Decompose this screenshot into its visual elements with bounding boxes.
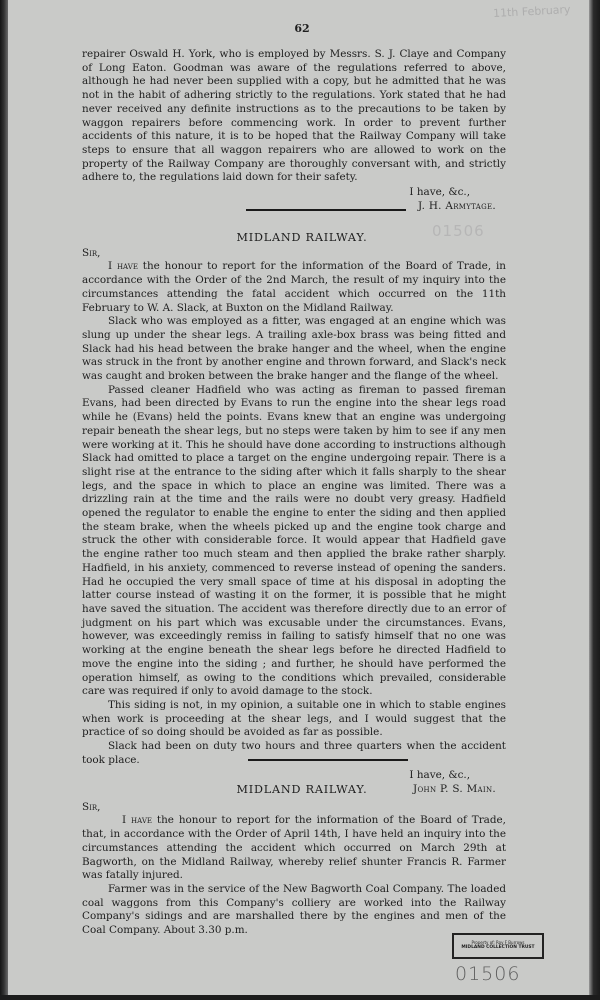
section-heading: MIDLAND RAILWAY. [82, 783, 522, 797]
paragraph: This siding is not, in my opinion, a sui… [82, 699, 506, 740]
section-divider [246, 209, 406, 211]
signoff: I have, &c., [82, 769, 506, 783]
paragraph: repairer Oswald H. York, who is employed… [82, 48, 506, 185]
section-heading: MIDLAND RAILWAY. [82, 231, 522, 245]
paragraph: Slack had been on duty two hours and thr… [82, 740, 506, 767]
paragraph: I have the honour to report for the info… [82, 260, 506, 315]
page-number: 62 [82, 22, 522, 36]
signature: J. H. Armytage. [82, 200, 506, 214]
salutation: Sir, [82, 247, 506, 261]
report-farmer-bagworth: MIDLAND RAILWAY. Sir, I have the honour … [82, 783, 506, 938]
page-edge-left [0, 0, 8, 1000]
page-edge-bottom [0, 995, 600, 1000]
paragraph: Slack who was employed as a fitter, was … [82, 315, 506, 384]
paragraph: I have the honour to report for the info… [82, 814, 506, 883]
collection-stamp: Property of: Roy F Burrows MIDLAND COLLE… [452, 933, 544, 959]
page-edge-right [589, 0, 600, 1000]
handwritten-note: 11th February [493, 3, 571, 20]
signoff: I have, &c., [82, 186, 506, 200]
report-armytage-tail: repairer Oswald H. York, who is employed… [82, 48, 506, 213]
scanned-page: 11th February 01506 62 repairer Oswald H… [0, 0, 600, 1000]
report-slack-buxton: MIDLAND RAILWAY. Sir, I have the honour … [82, 231, 506, 797]
salutation: Sir, [82, 801, 506, 815]
paragraph: Passed cleaner Hadfield who was acting a… [82, 384, 506, 699]
archive-number: 01506 [455, 963, 520, 985]
opening-words: I have [108, 260, 138, 272]
opening-words: I have [122, 814, 152, 826]
stamp-trust: MIDLAND COLLECTION TRUST [454, 945, 542, 951]
paragraph: Farmer was in the service of the New Bag… [82, 883, 506, 938]
section-divider [248, 759, 408, 761]
